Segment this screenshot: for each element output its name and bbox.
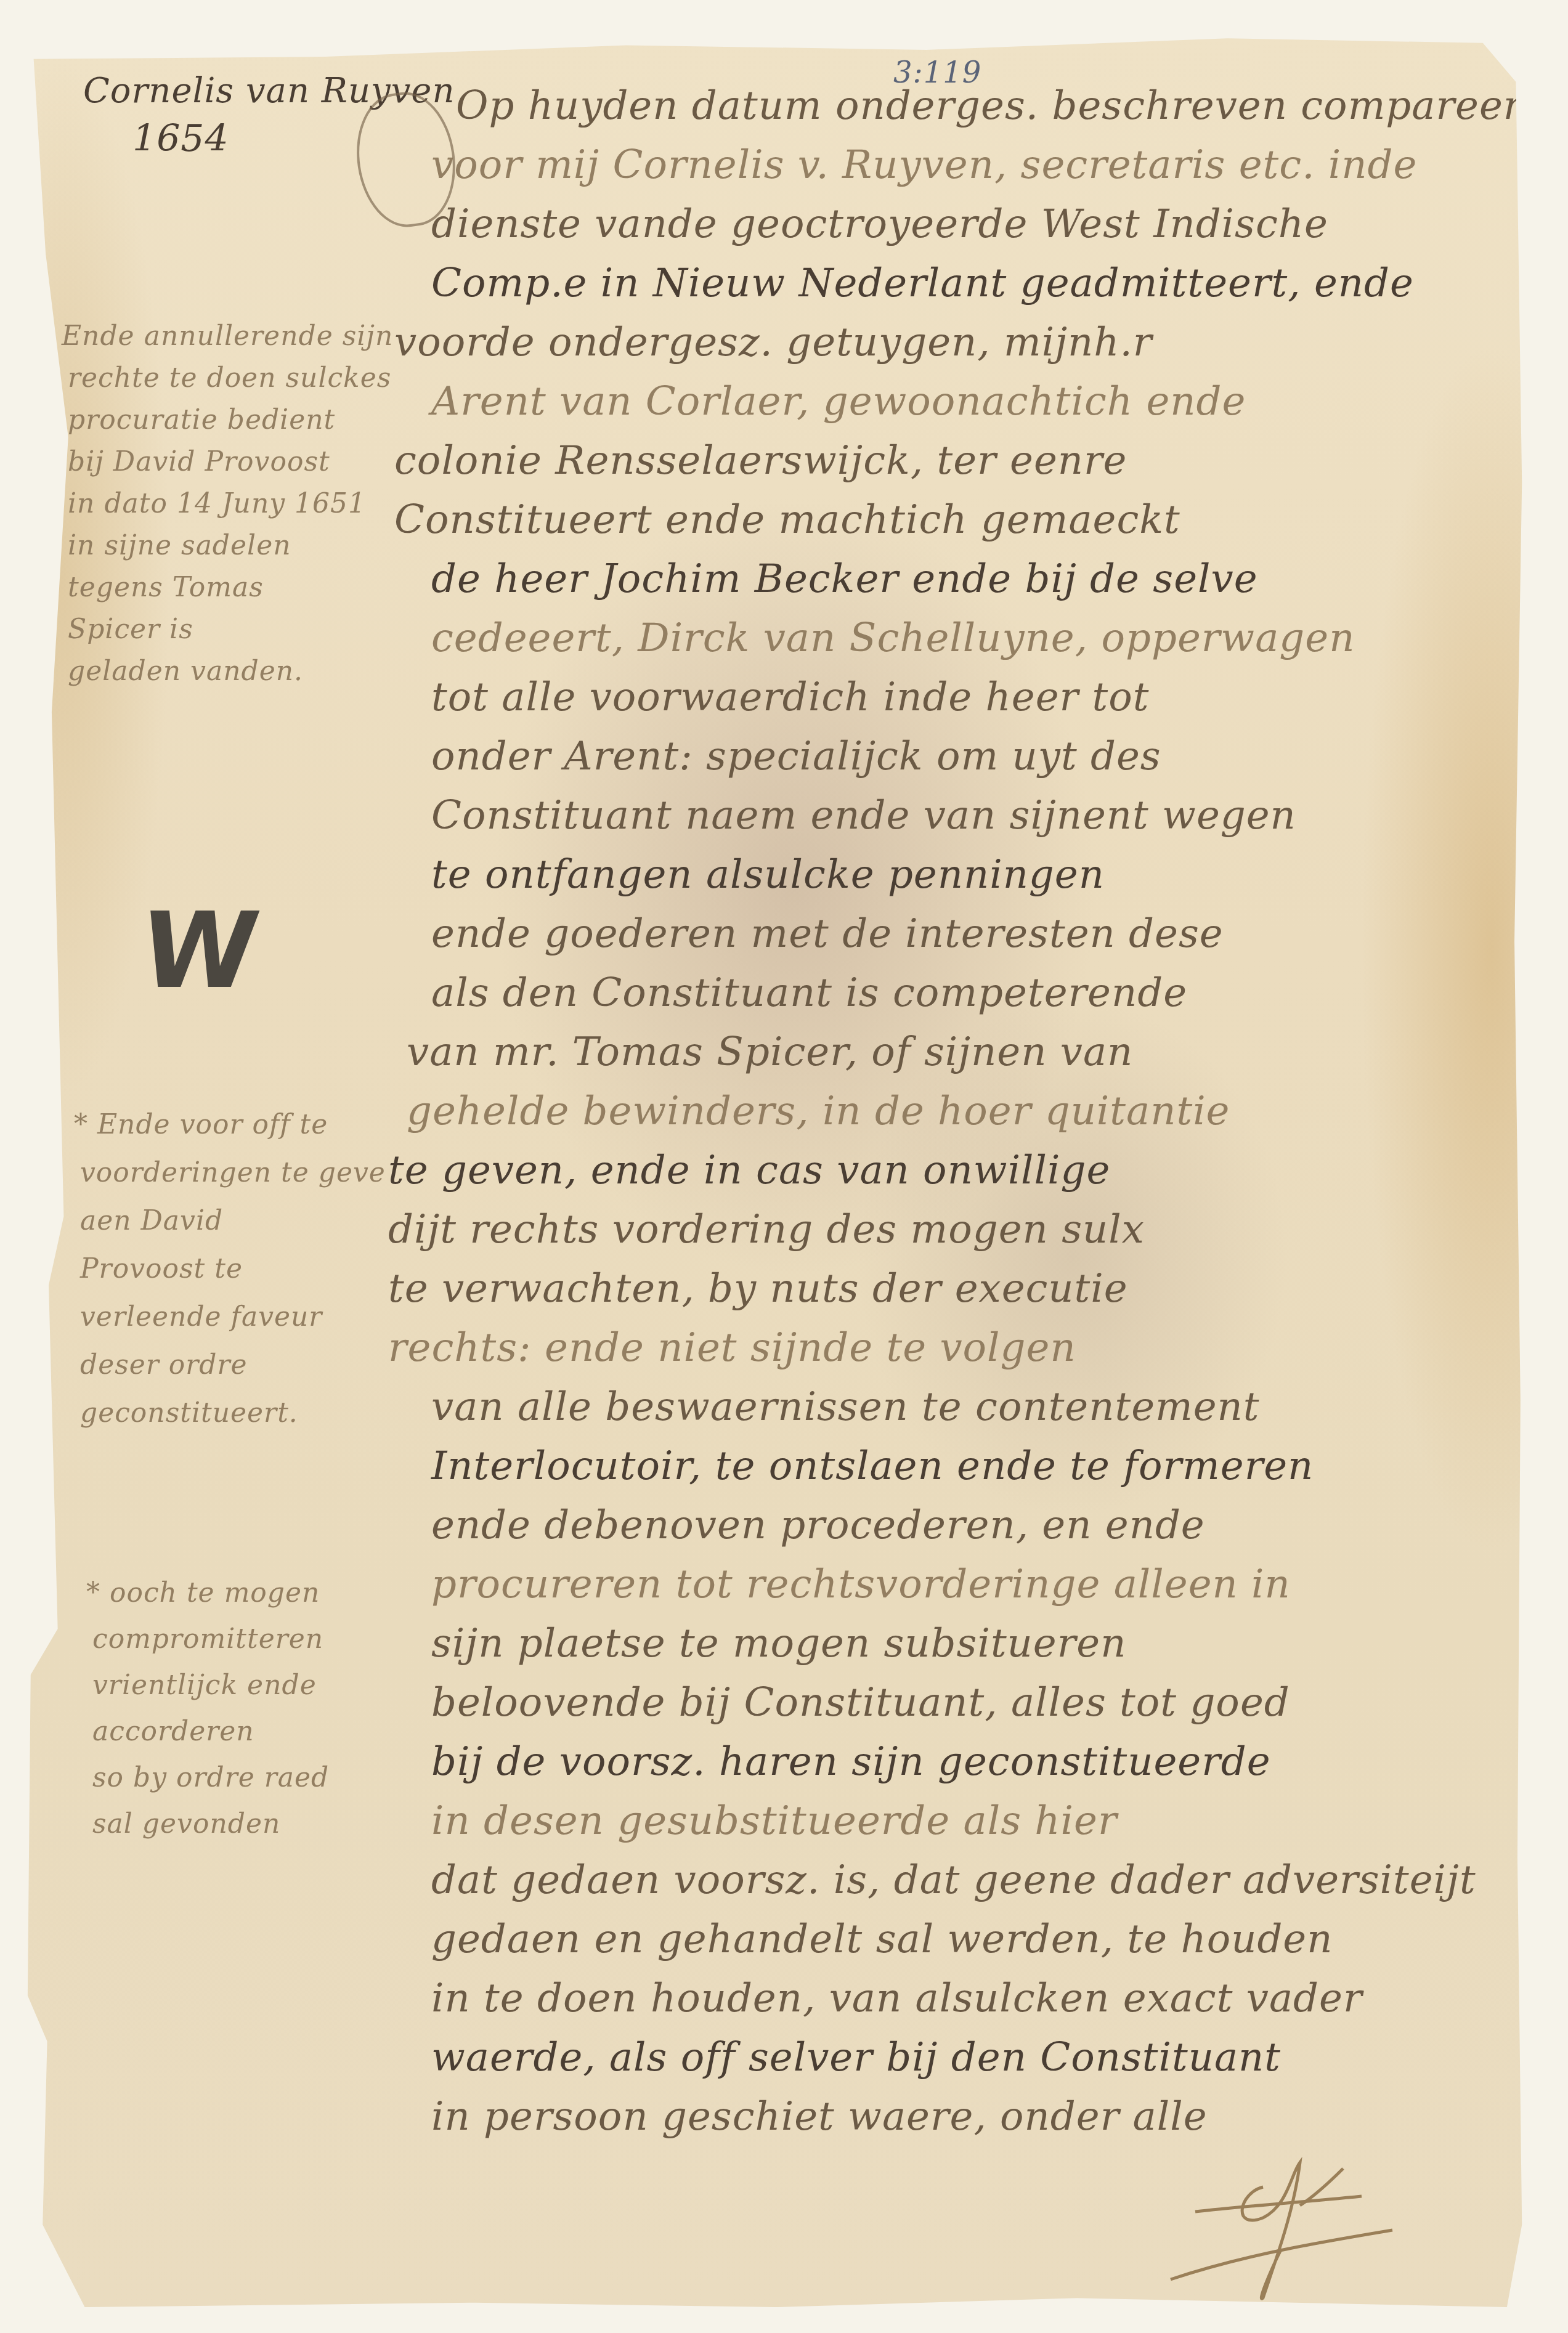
manuscript-line: in desen gesubstitueerde als hier	[431, 1798, 1118, 1844]
manuscript-line: Op huyden datum onderges. beschreven com…	[456, 83, 1568, 129]
manuscript-line: bij de voorsz. haren sijn geconstitueerd…	[431, 1739, 1271, 1785]
manuscript-line: sijn plaetse te mogen subsitueren	[431, 1621, 1126, 1666]
margin-line: Spicer is	[68, 614, 193, 645]
manuscript-line: ende debenoven procederen, en ende	[431, 1503, 1205, 1548]
margin-line: Provoost te	[80, 1253, 243, 1284]
margin-line: in dato 14 Juny 1651	[68, 488, 366, 519]
manuscript-line: beloovende bij Constituant, alles tot go…	[431, 1680, 1290, 1726]
manuscript-line: Comp.e in Nieuw Nederlant geadmitteert, …	[431, 261, 1414, 306]
manuscript-line: Arent van Corlaer, gewoonachtich ende	[431, 379, 1246, 424]
manuscript-line: waerde, als off selver bij den Constitua…	[431, 2035, 1281, 2080]
manuscript-line: dijt rechts vordering des mogen sulx	[388, 1207, 1145, 1252]
manuscript-line: in te doen houden, van alsulcken exact v…	[431, 1976, 1363, 2021]
margin-line: procuratie bedient	[68, 404, 335, 436]
manuscript-line: gehelde bewinders, in de hoer quitantie	[407, 1089, 1230, 1134]
manuscript-line: van mr. Tomas Spicer, of sijnen van	[407, 1029, 1133, 1075]
manuscript-line: tot alle voorwaerdich inde heer tot	[431, 675, 1149, 720]
w-mark-icon: W	[133, 890, 259, 1012]
manuscript-line: als den Constituant is competerende	[431, 970, 1187, 1016]
manuscript-line: onder Arent: specialijck om uyt des	[431, 734, 1161, 779]
manuscript-line: Constituant naem ende van sijnent wegen	[431, 793, 1296, 838]
manuscript-line: dat gedaen voorsz. is, dat geene dader a…	[431, 1857, 1476, 1903]
margin-line: geladen vanden.	[68, 655, 303, 687]
margin-line: tegens Tomas	[68, 572, 264, 603]
margin-line: voorderingen te geve	[80, 1157, 386, 1188]
margin-line: sal gevonden	[92, 1808, 280, 1840]
manuscript-line: te geven, ende in cas van onwillige	[388, 1148, 1110, 1193]
margin-line: geconstitueert.	[80, 1397, 298, 1429]
manuscript-line: Constitueert ende machtich gemaeckt	[394, 497, 1180, 543]
manuscript-line: de heer Jochim Becker ende bij de selve	[431, 556, 1258, 602]
margin-line: * ooch te mogen	[86, 1577, 320, 1609]
margin-line: so by ordre raed	[92, 1762, 329, 1793]
signature-flourish-icon	[1158, 2138, 1417, 2310]
manuscript-line: colonie Rensselaerswijck, ter eenre	[394, 438, 1127, 484]
manuscript-line: voor mij Cornelis v. Ruyven, secretaris …	[431, 142, 1417, 188]
manuscript-line: procureren tot rechtsvorderinge alleen i…	[431, 1562, 1291, 1607]
margin-line: deser ordre	[80, 1349, 248, 1381]
manuscript-line: in persoon geschiet waere, onder alle	[431, 2094, 1208, 2140]
manuscript-line: dienste vande geoctroyeerde West Indisch…	[431, 201, 1328, 247]
margin-line: Ende annullerende sijn	[62, 320, 393, 352]
margin-line: * Ende voor off te	[74, 1109, 328, 1140]
margin-line: compromitteren	[92, 1623, 323, 1655]
margin-line: accorderen	[92, 1716, 254, 1747]
manuscript-line: van alle beswaernissen te contentement	[431, 1384, 1260, 1430]
margin-line: aen David	[80, 1205, 223, 1236]
manuscript-line: gedaen en gehandelt sal werden, te houde…	[431, 1917, 1333, 1962]
manuscript-line: Interlocutoir, te ontslaen ende te forme…	[431, 1443, 1314, 1489]
manuscript-line: rechts: ende niet sijnde te volgen	[388, 1325, 1076, 1371]
margin-line: in sijne sadelen	[68, 530, 291, 561]
margin-line: rechte te doen sulckes	[68, 362, 391, 394]
manuscript-line: te ontfangen alsulcke penningen	[431, 852, 1105, 898]
manuscript-page: Cornelis van Ruyven 1654 3:119 Op huyden…	[25, 25, 1528, 2316]
margin-line: bij David Provoost	[68, 446, 330, 477]
manuscript-line: voorde ondergesz. getuygen, mijnh.r	[394, 320, 1152, 365]
manuscript-line: cedeeert, Dirck van Schelluyne, opperwag…	[431, 615, 1355, 661]
manuscript-line: te verwachten, by nuts der executie	[388, 1266, 1128, 1312]
manuscript-line: ende goederen met de interesten dese	[431, 911, 1224, 957]
header-year: 1654	[132, 117, 229, 160]
margin-line: vrientlijck ende	[92, 1670, 317, 1701]
margin-line: verleende faveur	[80, 1301, 322, 1333]
